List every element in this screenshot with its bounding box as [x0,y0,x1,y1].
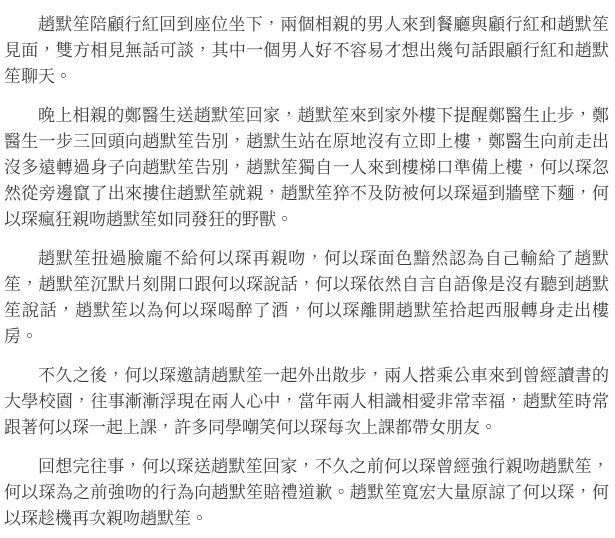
paragraph-5: 回想完往事，何以琛送趙默笙回家，不久之前何以琛曾經強行親吻趙默笙，何以琛為之前強… [4,454,609,532]
paragraph-4: 不久之後，何以琛邀請趙默笙一起外出散步，兩人搭乘公車來到曾經讀書的大學校園，往事… [4,363,609,441]
paragraph-2: 晚上相親的鄭醫生送趙默笙回家，趙默笙來到家外樓下提醒鄭醫生止步，鄭醫生一步三回頭… [4,103,609,233]
document-page: 趙默笙陪顧行紅回到座位坐下，兩個相親的男人來到餐廳與顧行紅和趙默笙見面，雙方相見… [0,0,615,538]
paragraph-1: 趙默笙陪顧行紅回到座位坐下，兩個相親的男人來到餐廳與顧行紅和趙默笙見面，雙方相見… [4,12,609,90]
paragraph-3: 趙默笙扭過臉龐不給何以琛再親吻，何以琛面色黯然認為自己輸給了趙默笙，趙默笙沉默片… [4,246,609,350]
